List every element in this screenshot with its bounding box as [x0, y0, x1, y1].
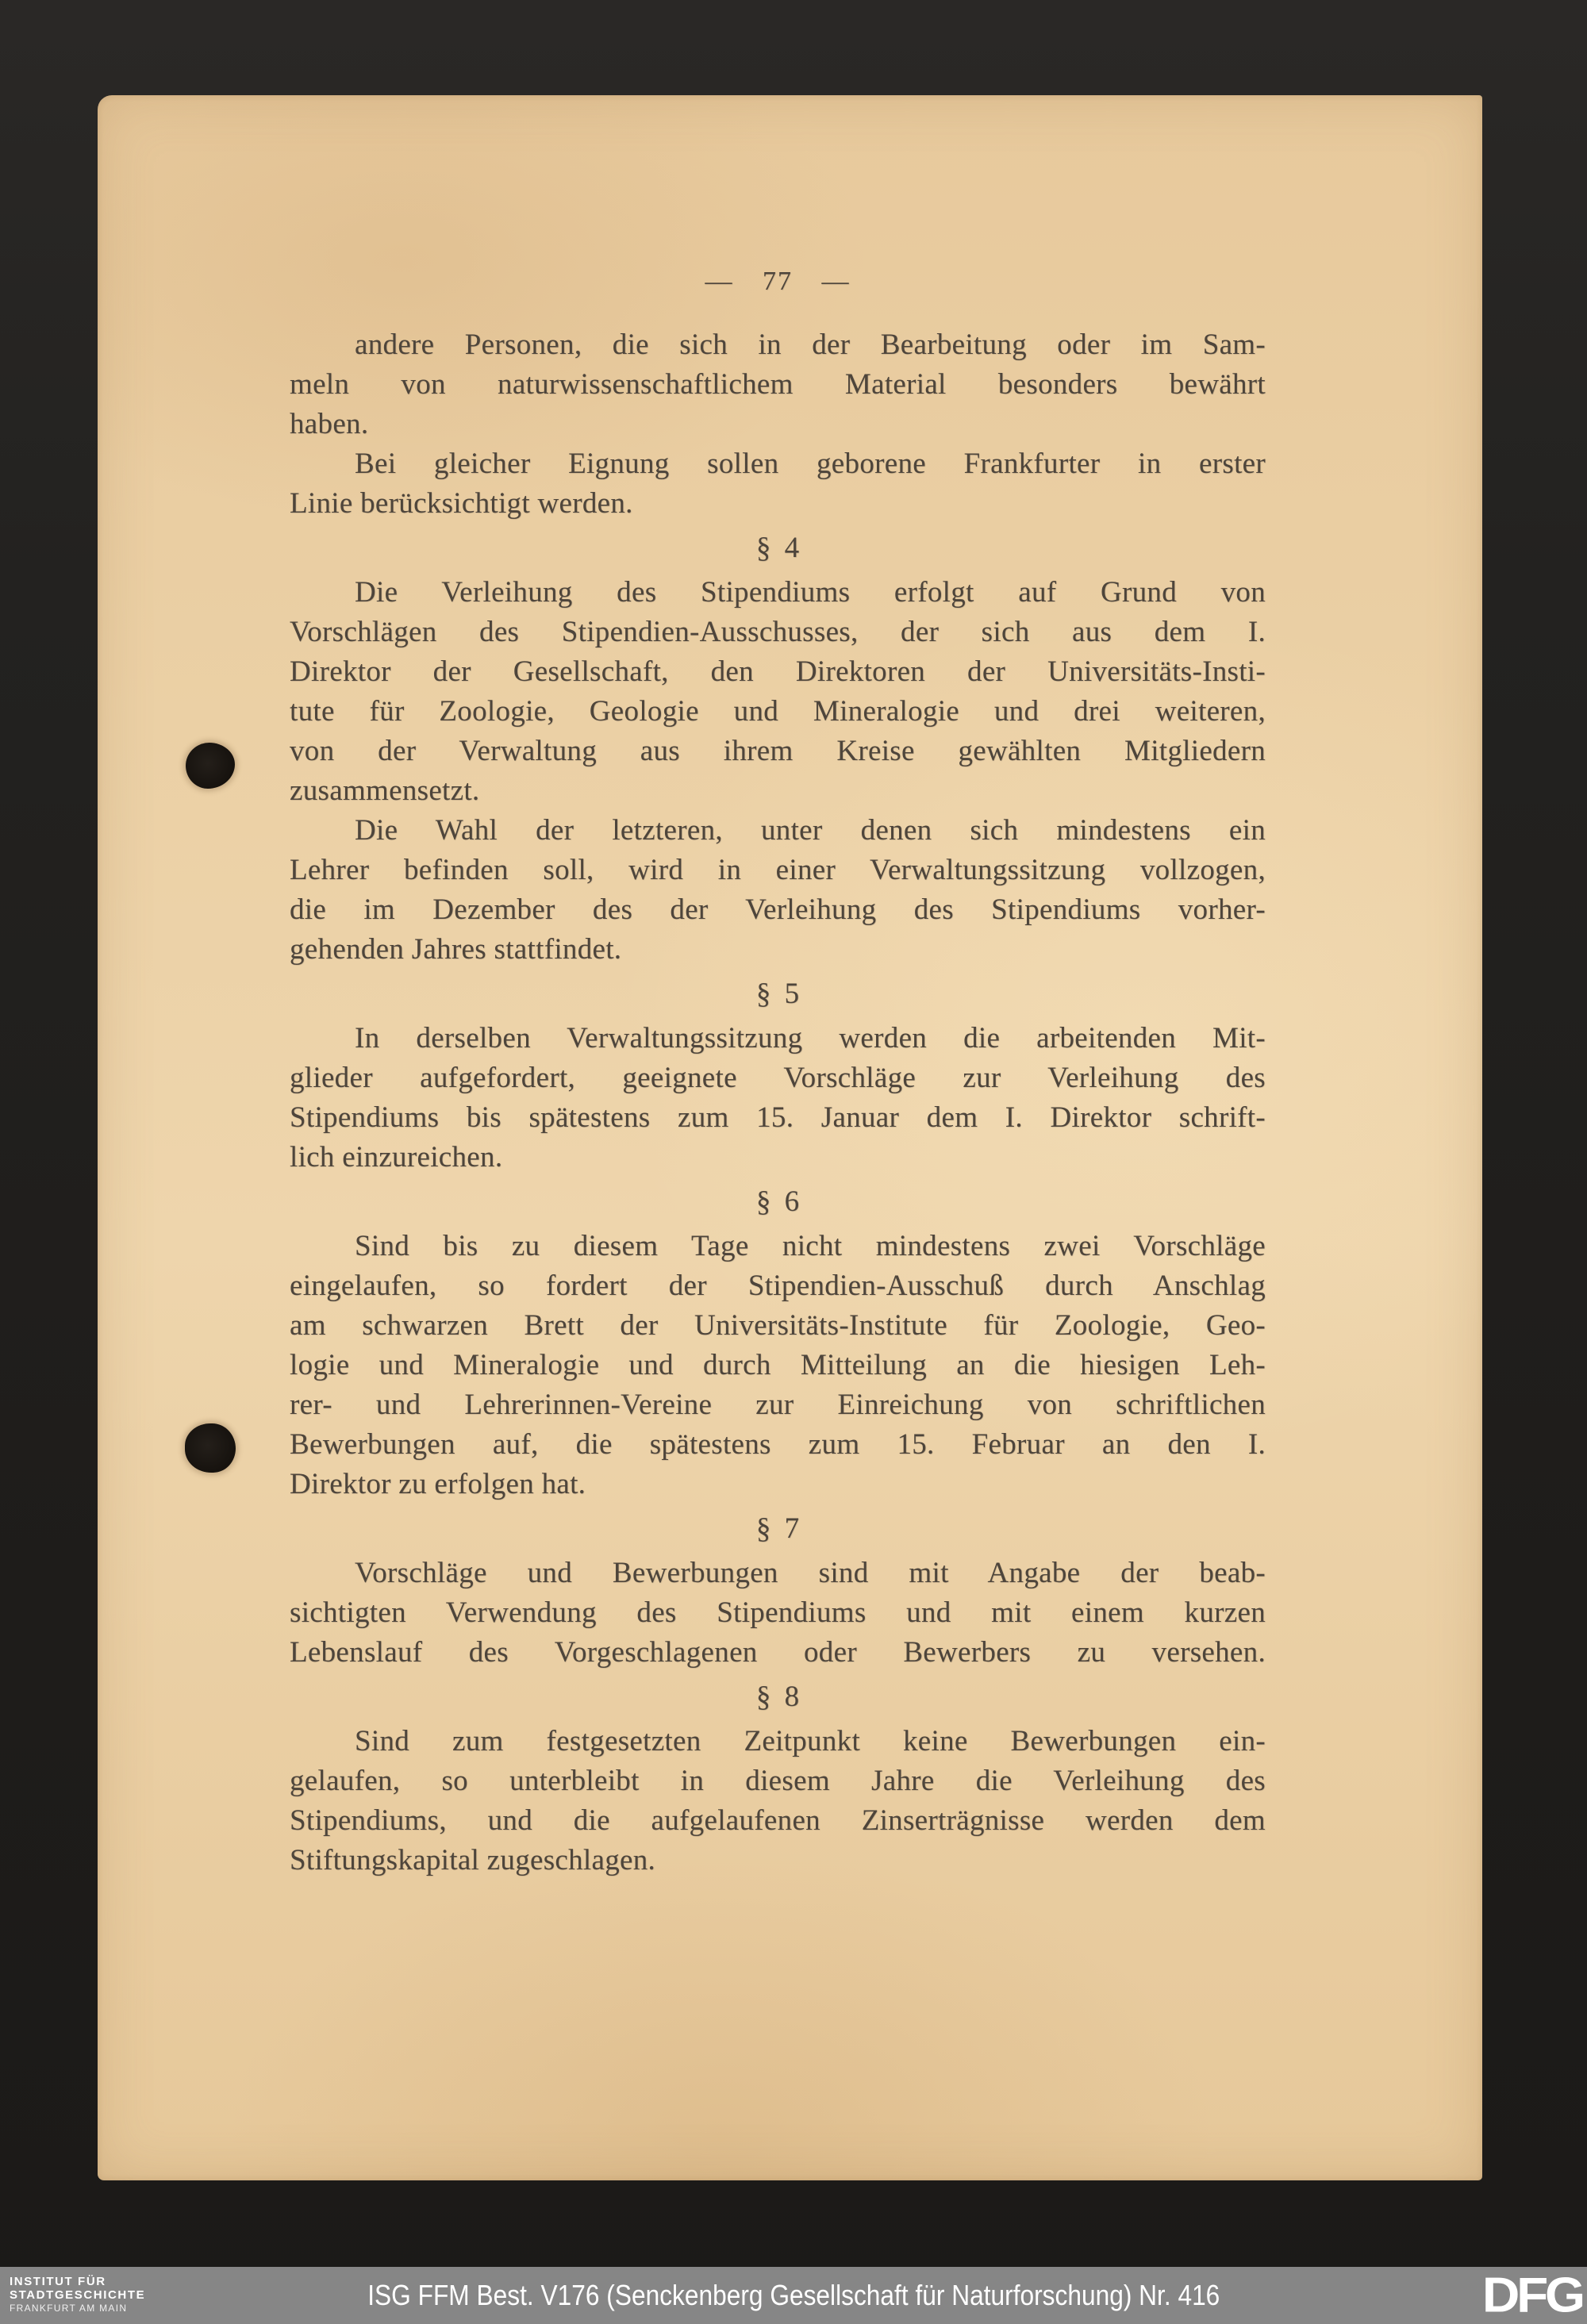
text-line: andere Personen, die sich in der Bearbei…: [290, 325, 1266, 365]
text-line: Vorschlägen des Stipendien-Ausschusses, …: [290, 613, 1266, 652]
text-line: zusammensetzt.: [290, 771, 1266, 811]
archive-citation: ISG FFM Best. V176 (Senckenberg Gesellsc…: [367, 2279, 1220, 2312]
text-line: Linie berücksichtigt werden.: [290, 484, 1266, 524]
text-line: sichtigten Verwendung des Stipendiums un…: [290, 1593, 1266, 1633]
document-page: — 77 — andere Personen, die sich in der …: [98, 95, 1482, 2180]
section-heading: § 7: [290, 1509, 1266, 1549]
text-line: Stipendiums, und die aufgelaufenen Zinse…: [290, 1801, 1266, 1841]
section-heading: § 6: [290, 1182, 1266, 1222]
text-line: Die Wahl der letzteren, unter denen sich…: [290, 811, 1266, 851]
text-line: am schwarzen Brett der Universitäts-Inst…: [290, 1306, 1266, 1346]
text-line: logie und Mineralogie und durch Mitteilu…: [290, 1346, 1266, 1385]
text-line: Lehrer befinden soll, wird in einer Verw…: [290, 851, 1266, 890]
text-line: Lebenslauf des Vorgeschlagenen oder Bewe…: [290, 1633, 1266, 1673]
isg-logo-line: STADTGESCHICHTE: [10, 2288, 145, 2302]
text-line: die im Dezember des der Verleihung des S…: [290, 890, 1266, 930]
text-line: Sind zum festgesetzten Zeitpunkt keine B…: [290, 1722, 1266, 1761]
text-line: lich einzureichen.: [290, 1138, 1266, 1177]
text-line: Direktor zu erfolgen hat.: [290, 1465, 1266, 1504]
scan-background: — 77 — andere Personen, die sich in der …: [0, 0, 1587, 2324]
text-line: gelaufen, so unterbleibt in diesem Jahre…: [290, 1761, 1266, 1801]
punch-hole-bottom: [185, 1423, 236, 1473]
document-body: andere Personen, die sich in der Bearbei…: [290, 325, 1266, 1880]
section-heading: § 5: [290, 974, 1266, 1014]
text-line: von der Verwaltung aus ihrem Kreise gewä…: [290, 732, 1266, 771]
section-heading: § 4: [290, 528, 1266, 568]
text-line: Stipendiums bis spätestens zum 15. Janua…: [290, 1098, 1266, 1138]
page-number: — 77 —: [290, 262, 1266, 302]
isg-logo-line: INSTITUT FÜR: [10, 2275, 145, 2288]
text-line: Sind bis zu diesem Tage nicht mindestens…: [290, 1227, 1266, 1266]
text-line: Stiftungskapital zugeschlagen.: [290, 1841, 1266, 1880]
text-line: eingelaufen, so fordert der Stipendien-A…: [290, 1266, 1266, 1306]
text-line: tute für Zoologie, Geologie und Mineralo…: [290, 692, 1266, 732]
text-line: haben.: [290, 405, 1266, 444]
text-line: Bewerbungen auf, die spätestens zum 15. …: [290, 1425, 1266, 1465]
text-line: glieder aufgefordert, geeignete Vorschlä…: [290, 1058, 1266, 1098]
isg-logo-line: FRANKFURT AM MAIN: [10, 2302, 145, 2314]
text-line: Direktor der Gesellschaft, den Direktore…: [290, 652, 1266, 692]
text-line: In derselben Verwaltungssitzung werden d…: [290, 1019, 1266, 1058]
section-heading: § 8: [290, 1677, 1266, 1717]
punch-hole-top: [186, 743, 235, 789]
text-line: rer- und Lehrerinnen-Vereine zur Einreic…: [290, 1385, 1266, 1425]
isg-logo: INSTITUT FÜR STADTGESCHICHTE FRANKFURT A…: [10, 2275, 145, 2314]
footer-bar: INSTITUT FÜR STADTGESCHICHTE FRANKFURT A…: [0, 2267, 1587, 2324]
text-line: meln von naturwissenschaftlichem Materia…: [290, 365, 1266, 405]
dfg-logo: DFG: [1482, 2268, 1582, 2324]
text-line: gehenden Jahres stattfindet.: [290, 930, 1266, 970]
text-line: Vorschläge und Bewerbungen sind mit Anga…: [290, 1554, 1266, 1593]
text-line: Bei gleicher Eignung sollen geborene Fra…: [290, 444, 1266, 484]
text-line: Die Verleihung des Stipendiums erfolgt a…: [290, 573, 1266, 613]
